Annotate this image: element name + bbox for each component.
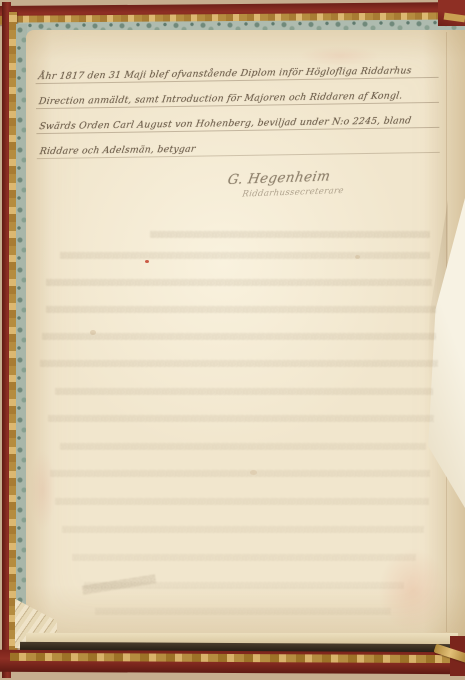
photographed-manuscript-page: Åhr 1817 den 31 Maji blef ofvanstående D… (0, 0, 465, 680)
show-through-writing (95, 608, 391, 615)
show-through-writing (60, 443, 426, 450)
show-through-writing (46, 306, 436, 313)
show-through-writing (48, 415, 434, 422)
show-through-writing (62, 526, 424, 533)
signature-block: G. Hegenheim Riddarhussecreterare (228, 168, 344, 200)
show-through-writing (72, 554, 416, 561)
entry-line-text: Riddare och Adelsmän, betygar (39, 144, 196, 157)
foxing-spot (250, 470, 257, 475)
stain-left-wash (30, 450, 56, 530)
foxing-spot (90, 330, 96, 335)
show-through-writing (60, 252, 430, 259)
show-through-writing (55, 388, 433, 395)
show-through-writing (46, 279, 432, 286)
show-through-writing (150, 231, 430, 238)
red-ink-speck (145, 260, 149, 263)
manuscript-entry: Åhr 1817 den 31 Maji blef ofvanstående D… (35, 53, 440, 159)
signature-name: G. Hegenheim (226, 168, 344, 188)
stain-top-wash (300, 46, 380, 66)
foxing-spot (355, 255, 360, 259)
show-through-writing (42, 333, 436, 340)
show-through-writing (40, 360, 438, 367)
show-through-writing (55, 498, 429, 505)
stain-bottom-right (378, 548, 448, 633)
show-through-writing (50, 470, 430, 477)
